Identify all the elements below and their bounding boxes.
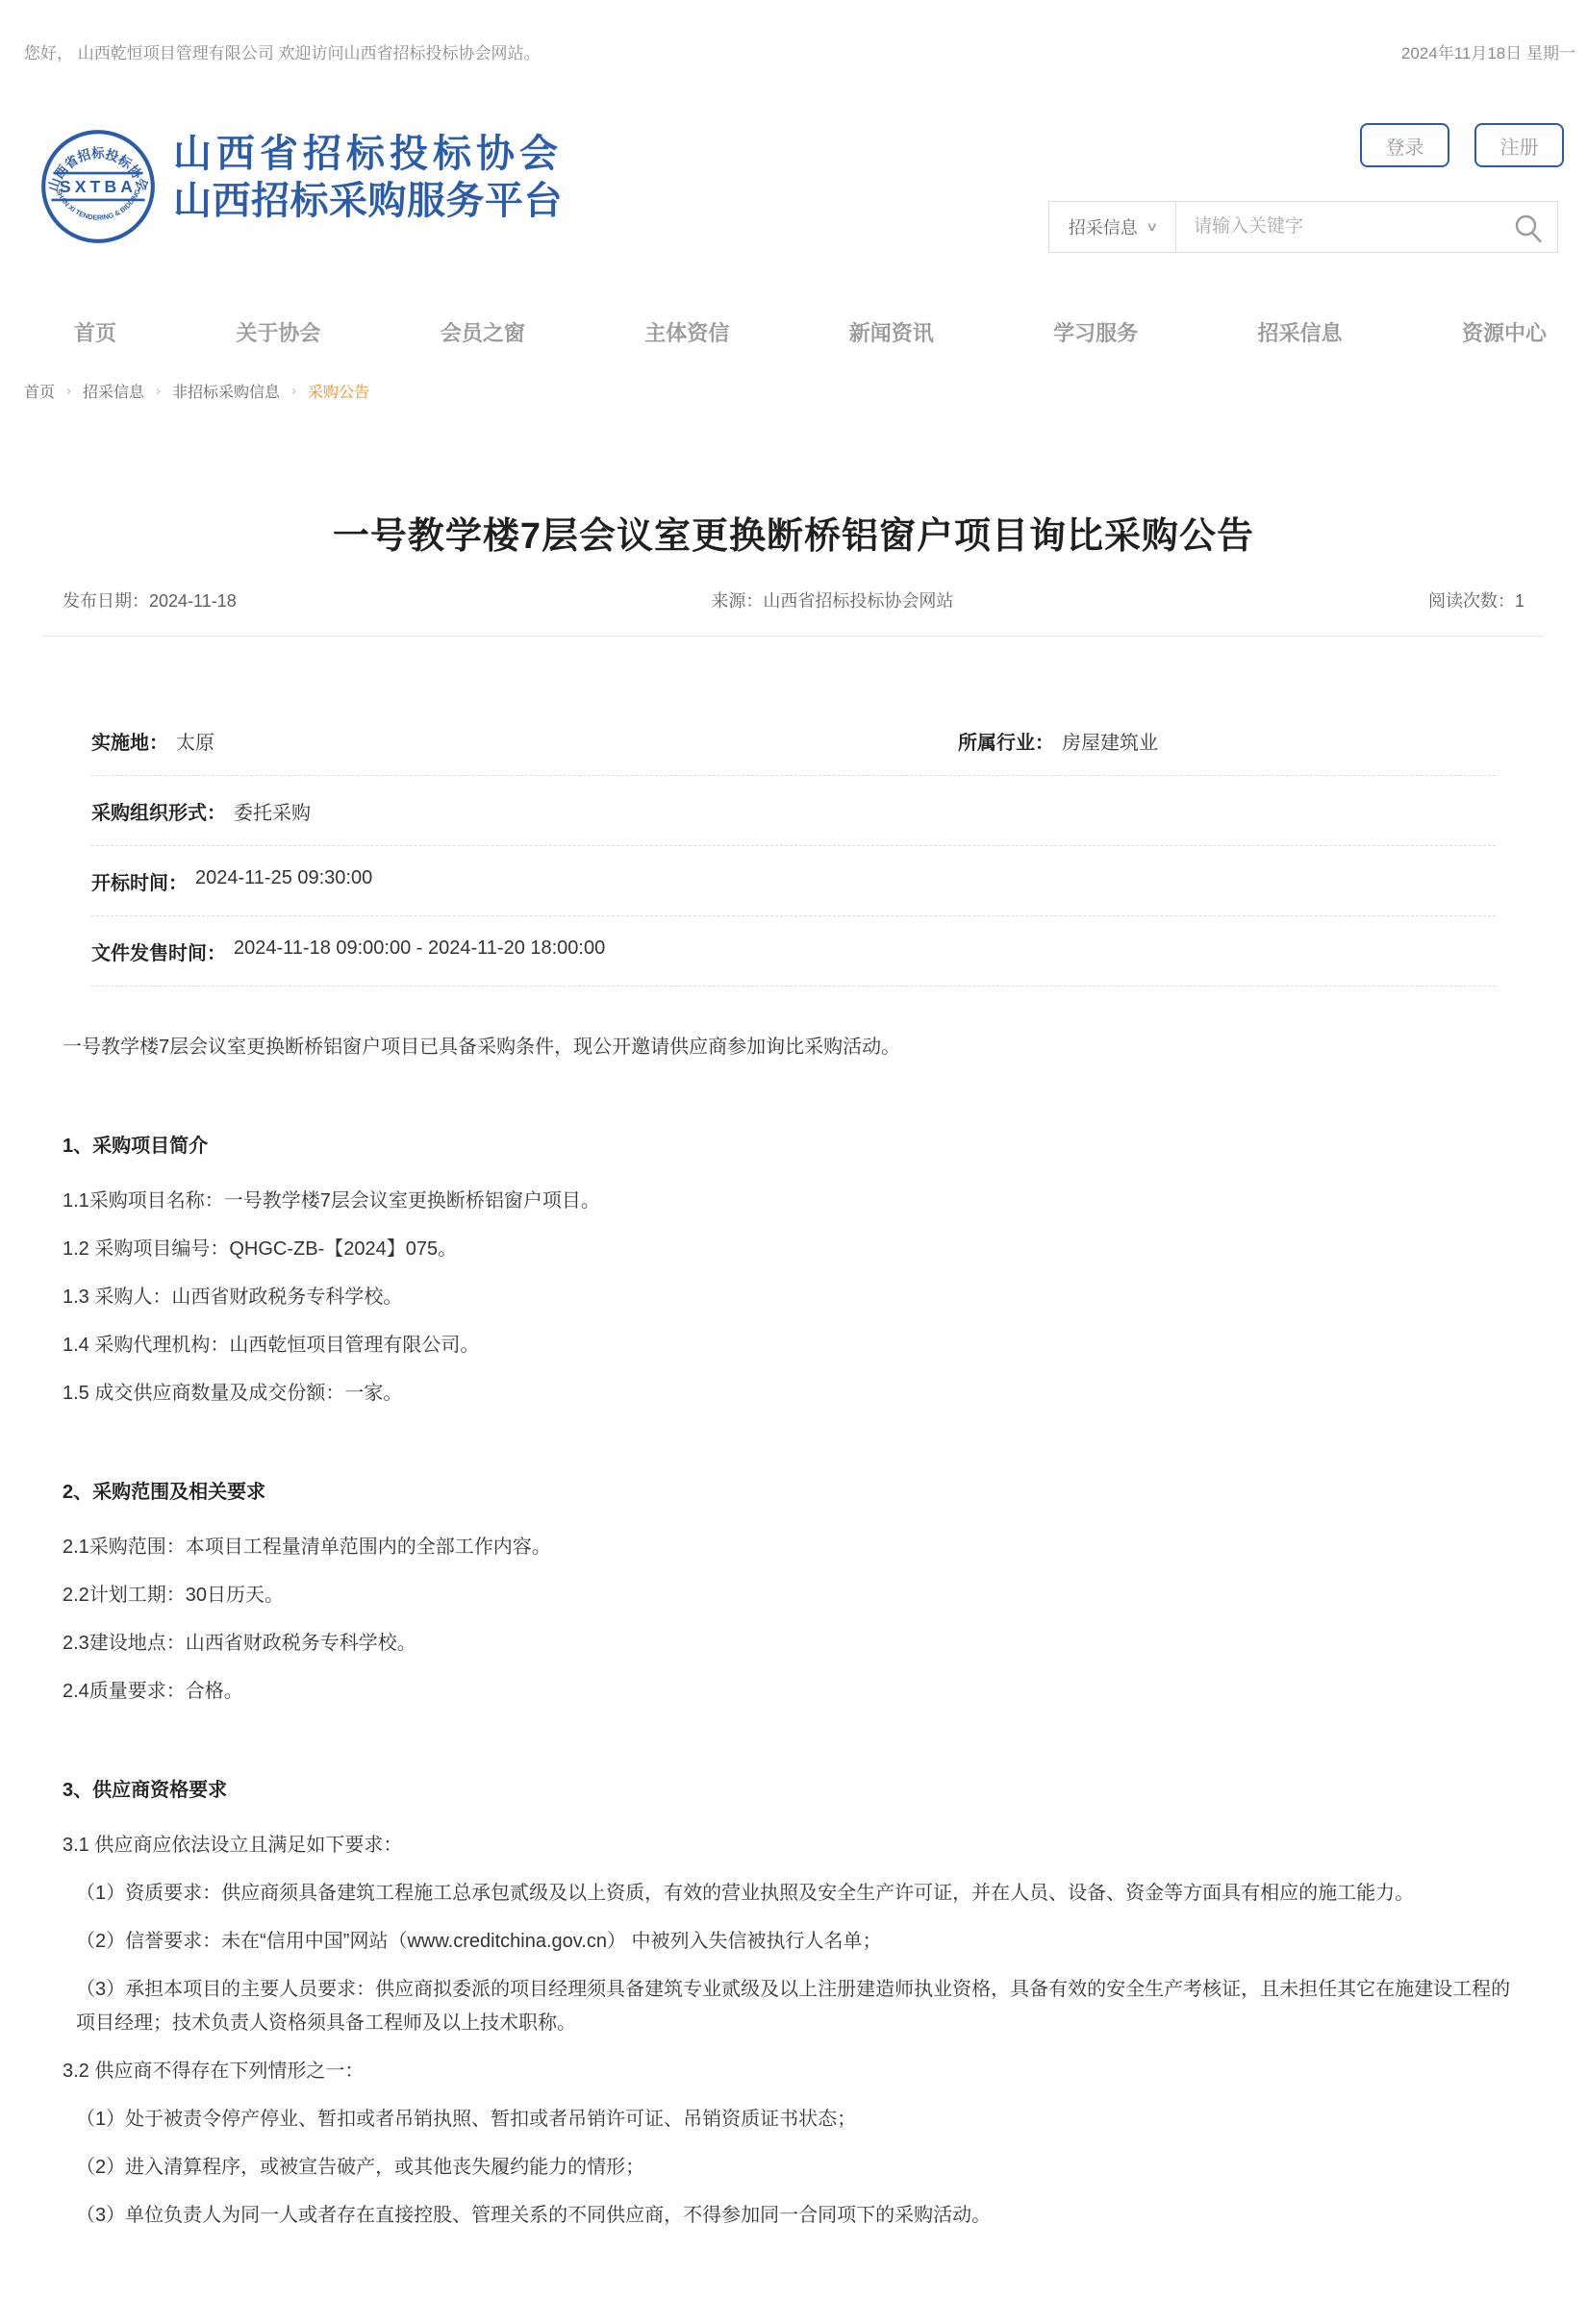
brand-subtitle: 山西招标采购服务平台 <box>173 177 563 225</box>
article-paragraph: （2）信誉要求：未在“信用中国”网站（www.creditchina.gov.c… <box>63 1925 1524 1959</box>
nav-item-procurement-info[interactable]: 招采信息 <box>1258 317 1343 347</box>
article-paragraph: 1.4 采购代理机构：山西乾恒项目管理有限公司。 <box>63 1329 1524 1362</box>
register-button[interactable]: 注册 <box>1474 123 1564 167</box>
breadcrumb-home[interactable]: 首页 <box>24 380 55 402</box>
chevron-down-icon: ∨ <box>1146 219 1158 235</box>
topbar-greeting: 您好， 山西乾恒项目管理有限公司 欢迎访问山西省招标投标协会网站。 <box>24 39 540 63</box>
nav-item-news[interactable]: 新闻资讯 <box>849 317 934 347</box>
field-label: 文件发售时间： <box>91 937 226 965</box>
site-brand[interactable]: 山西省招标投标协会 山西招标采购服务平台 <box>173 131 563 225</box>
field-row-org-form: 采购组织形式： 委托采购 <box>91 776 1496 846</box>
field-location: 实施地： 太原 <box>91 727 958 755</box>
article-paragraph: 3.1 供应商应依法设立且满足如下要求： <box>63 1829 1524 1862</box>
article-meta: 发布日期：2024-11-18 来源：山西省招标投标协会网站 阅读次数：1 <box>43 587 1544 612</box>
breadcrumb: 首页 › 招采信息 › 非招标采购信息 › 采购公告 <box>0 366 1587 402</box>
breadcrumb-separator-icon: › <box>66 383 71 399</box>
article: 一号教学楼7层会议室更换断桥铝窗户项目询比采购公告 发布日期：2024-11-1… <box>43 506 1544 2324</box>
article-paragraph: 2.2计划工期：30日历天。 <box>63 1579 1524 1612</box>
field-org-form: 采购组织形式： 委托采购 <box>91 797 311 825</box>
topbar: 您好， 山西乾恒项目管理有限公司 欢迎访问山西省招标投标协会网站。 2024年1… <box>0 0 1587 73</box>
article-paragraph: （2）进入清算程序，或被宣告破产，或其他丧失履约能力的情形； <box>63 2151 1524 2185</box>
read-count: 阅读次数：1 <box>1428 587 1524 612</box>
article-paragraph: 3.2 供应商不得存在下列情形之一： <box>63 2055 1524 2088</box>
nav-item-home[interactable]: 首页 <box>74 317 116 347</box>
nav-item-credit[interactable]: 主体资信 <box>644 317 729 347</box>
site-logo[interactable]: 山西省招标投标协会 SXTBA SHAN XI TENDERING & BIDD… <box>38 127 158 246</box>
breadcrumb-current: 采购公告 <box>308 380 369 402</box>
section-scope-requirements: 2、采购范围及相关要求 2.1采购范围：本项目工程量清单范围内的全部工作内容。 … <box>63 1476 1524 1709</box>
breadcrumb-separator-icon: › <box>156 383 161 399</box>
search-bar: 招采信息 ∨ <box>1048 201 1558 253</box>
search-input-wrap <box>1175 201 1558 253</box>
breadcrumb-nonbid-info[interactable]: 非招标采购信息 <box>172 380 280 402</box>
logo-abbr-text: SXTBA <box>60 177 137 196</box>
breadcrumb-separator-icon: › <box>291 383 296 399</box>
field-open-time: 开标时间： 2024-11-25 09:30:00 <box>91 867 372 895</box>
article-body: 一号教学楼7层会议室更换断桥铝窗户项目已具备采购条件，现公开邀请供应商参加询比采… <box>43 1031 1544 2233</box>
field-row-location-industry: 实施地： 太原 所属行业： 房屋建筑业 <box>91 706 1496 776</box>
article-paragraph: 2.3建设地点：山西省财政税务专科学校。 <box>63 1627 1524 1661</box>
article-paragraph: 1.5 成交供应商数量及成交份额：一家。 <box>63 1377 1524 1411</box>
field-label: 所属行业： <box>958 727 1054 755</box>
field-industry: 所属行业： 房屋建筑业 <box>958 727 1158 755</box>
field-label: 实施地： <box>91 727 168 755</box>
breadcrumb-procurement-info[interactable]: 招采信息 <box>83 380 144 402</box>
field-label: 开标时间： <box>91 867 188 895</box>
article-source: 来源：山西省招标投标协会网站 <box>711 587 953 612</box>
article-paragraph: （1）处于被责令停产停业、暂扣或者吊销执照、暂扣或者吊销许可证、吊销资质证书状态… <box>63 2103 1524 2137</box>
field-value: 太原 <box>176 727 214 755</box>
field-value: 2024-11-18 09:00:00 - 2024-11-20 18:00:0… <box>234 937 605 965</box>
section-heading: 1、采购项目简介 <box>63 1130 1524 1163</box>
page-title: 一号教学楼7层会议室更换断桥铝窗户项目询比采购公告 <box>43 506 1544 559</box>
association-seal-icon: 山西省招标投标协会 SXTBA SHAN XI TENDERING & BIDD… <box>38 127 158 246</box>
section-supplier-qualifications: 3、供应商资格要求 3.1 供应商应依法设立且满足如下要求： （1）资质要求：供… <box>63 1774 1524 2233</box>
page-bottom-spacer <box>43 2247 1544 2324</box>
field-value: 2024-11-25 09:30:00 <box>195 867 372 895</box>
section-heading: 2、采购范围及相关要求 <box>63 1476 1524 1510</box>
info-fields: 实施地： 太原 所属行业： 房屋建筑业 采购组织形式： 委托采购 开标时间： 2… <box>43 706 1544 987</box>
section-heading: 3、供应商资格要求 <box>63 1774 1524 1808</box>
nav-item-members[interactable]: 会员之窗 <box>441 317 525 347</box>
field-value: 房屋建筑业 <box>1062 727 1158 755</box>
publish-date: 发布日期：2024-11-18 <box>63 587 237 612</box>
field-doc-sale-time: 文件发售时间： 2024-11-18 09:00:00 - 2024-11-20… <box>91 937 605 965</box>
field-value: 委托采购 <box>234 797 311 825</box>
article-paragraph: （3）单位负责人为同一人或者存在直接控股、管理关系的不同供应商，不得参加同一合同… <box>63 2199 1524 2233</box>
topbar-date: 2024年11月18日 星期一 <box>1401 39 1575 63</box>
article-paragraph: 2.4质量要求：合格。 <box>63 1675 1524 1709</box>
article-paragraph: （1）资质要求：供应商须具备建筑工程施工总承包贰级及以上资质，有效的营业执照及安… <box>63 1877 1524 1911</box>
nav-item-about[interactable]: 关于协会 <box>236 317 320 347</box>
search-icon[interactable] <box>1513 212 1544 243</box>
brand-title: 山西省招标投标协会 <box>173 131 563 177</box>
article-intro: 一号教学楼7层会议室更换断桥铝窗户项目已具备采购条件，现公开邀请供应商参加询比采… <box>63 1031 1524 1064</box>
search-category-dropdown[interactable]: 招采信息 ∨ <box>1048 201 1175 253</box>
section-project-intro: 1、采购项目简介 1.1采购项目名称：一号教学楼7层会议室更换断桥铝窗户项目。 … <box>63 1130 1524 1411</box>
meta-divider <box>43 636 1544 637</box>
field-label: 采购组织形式： <box>91 797 226 825</box>
site-header: 山西省招标投标协会 SXTBA SHAN XI TENDERING & BIDD… <box>0 73 1587 277</box>
article-paragraph: （3）承担本项目的主要人员要求：供应商拟委派的项目经理须具备建筑专业贰级及以上注… <box>63 1973 1524 2040</box>
article-paragraph: 2.1采购范围：本项目工程量清单范围内的全部工作内容。 <box>63 1531 1524 1564</box>
article-paragraph: 1.3 采购人：山西省财政税务专科学校。 <box>63 1281 1524 1314</box>
auth-buttons: 登录 注册 <box>1360 123 1564 167</box>
nav-item-resources[interactable]: 资源中心 <box>1462 317 1547 347</box>
field-row-doc-sale-time: 文件发售时间： 2024-11-18 09:00:00 - 2024-11-20… <box>91 916 1496 987</box>
search-category-label: 招采信息 <box>1069 214 1138 239</box>
search-input[interactable] <box>1176 202 1557 252</box>
article-paragraph: 1.2 采购项目编号：QHGC-ZB-【2024】075。 <box>63 1233 1524 1266</box>
main-nav: 首页 关于协会 会员之窗 主体资信 新闻资讯 学习服务 招采信息 资源中心 <box>0 296 1587 366</box>
article-paragraph: 1.1采购项目名称：一号教学楼7层会议室更换断桥铝窗户项目。 <box>63 1185 1524 1218</box>
field-row-open-time: 开标时间： 2024-11-25 09:30:00 <box>91 846 1496 916</box>
login-button[interactable]: 登录 <box>1360 123 1449 167</box>
nav-item-learning[interactable]: 学习服务 <box>1053 317 1138 347</box>
